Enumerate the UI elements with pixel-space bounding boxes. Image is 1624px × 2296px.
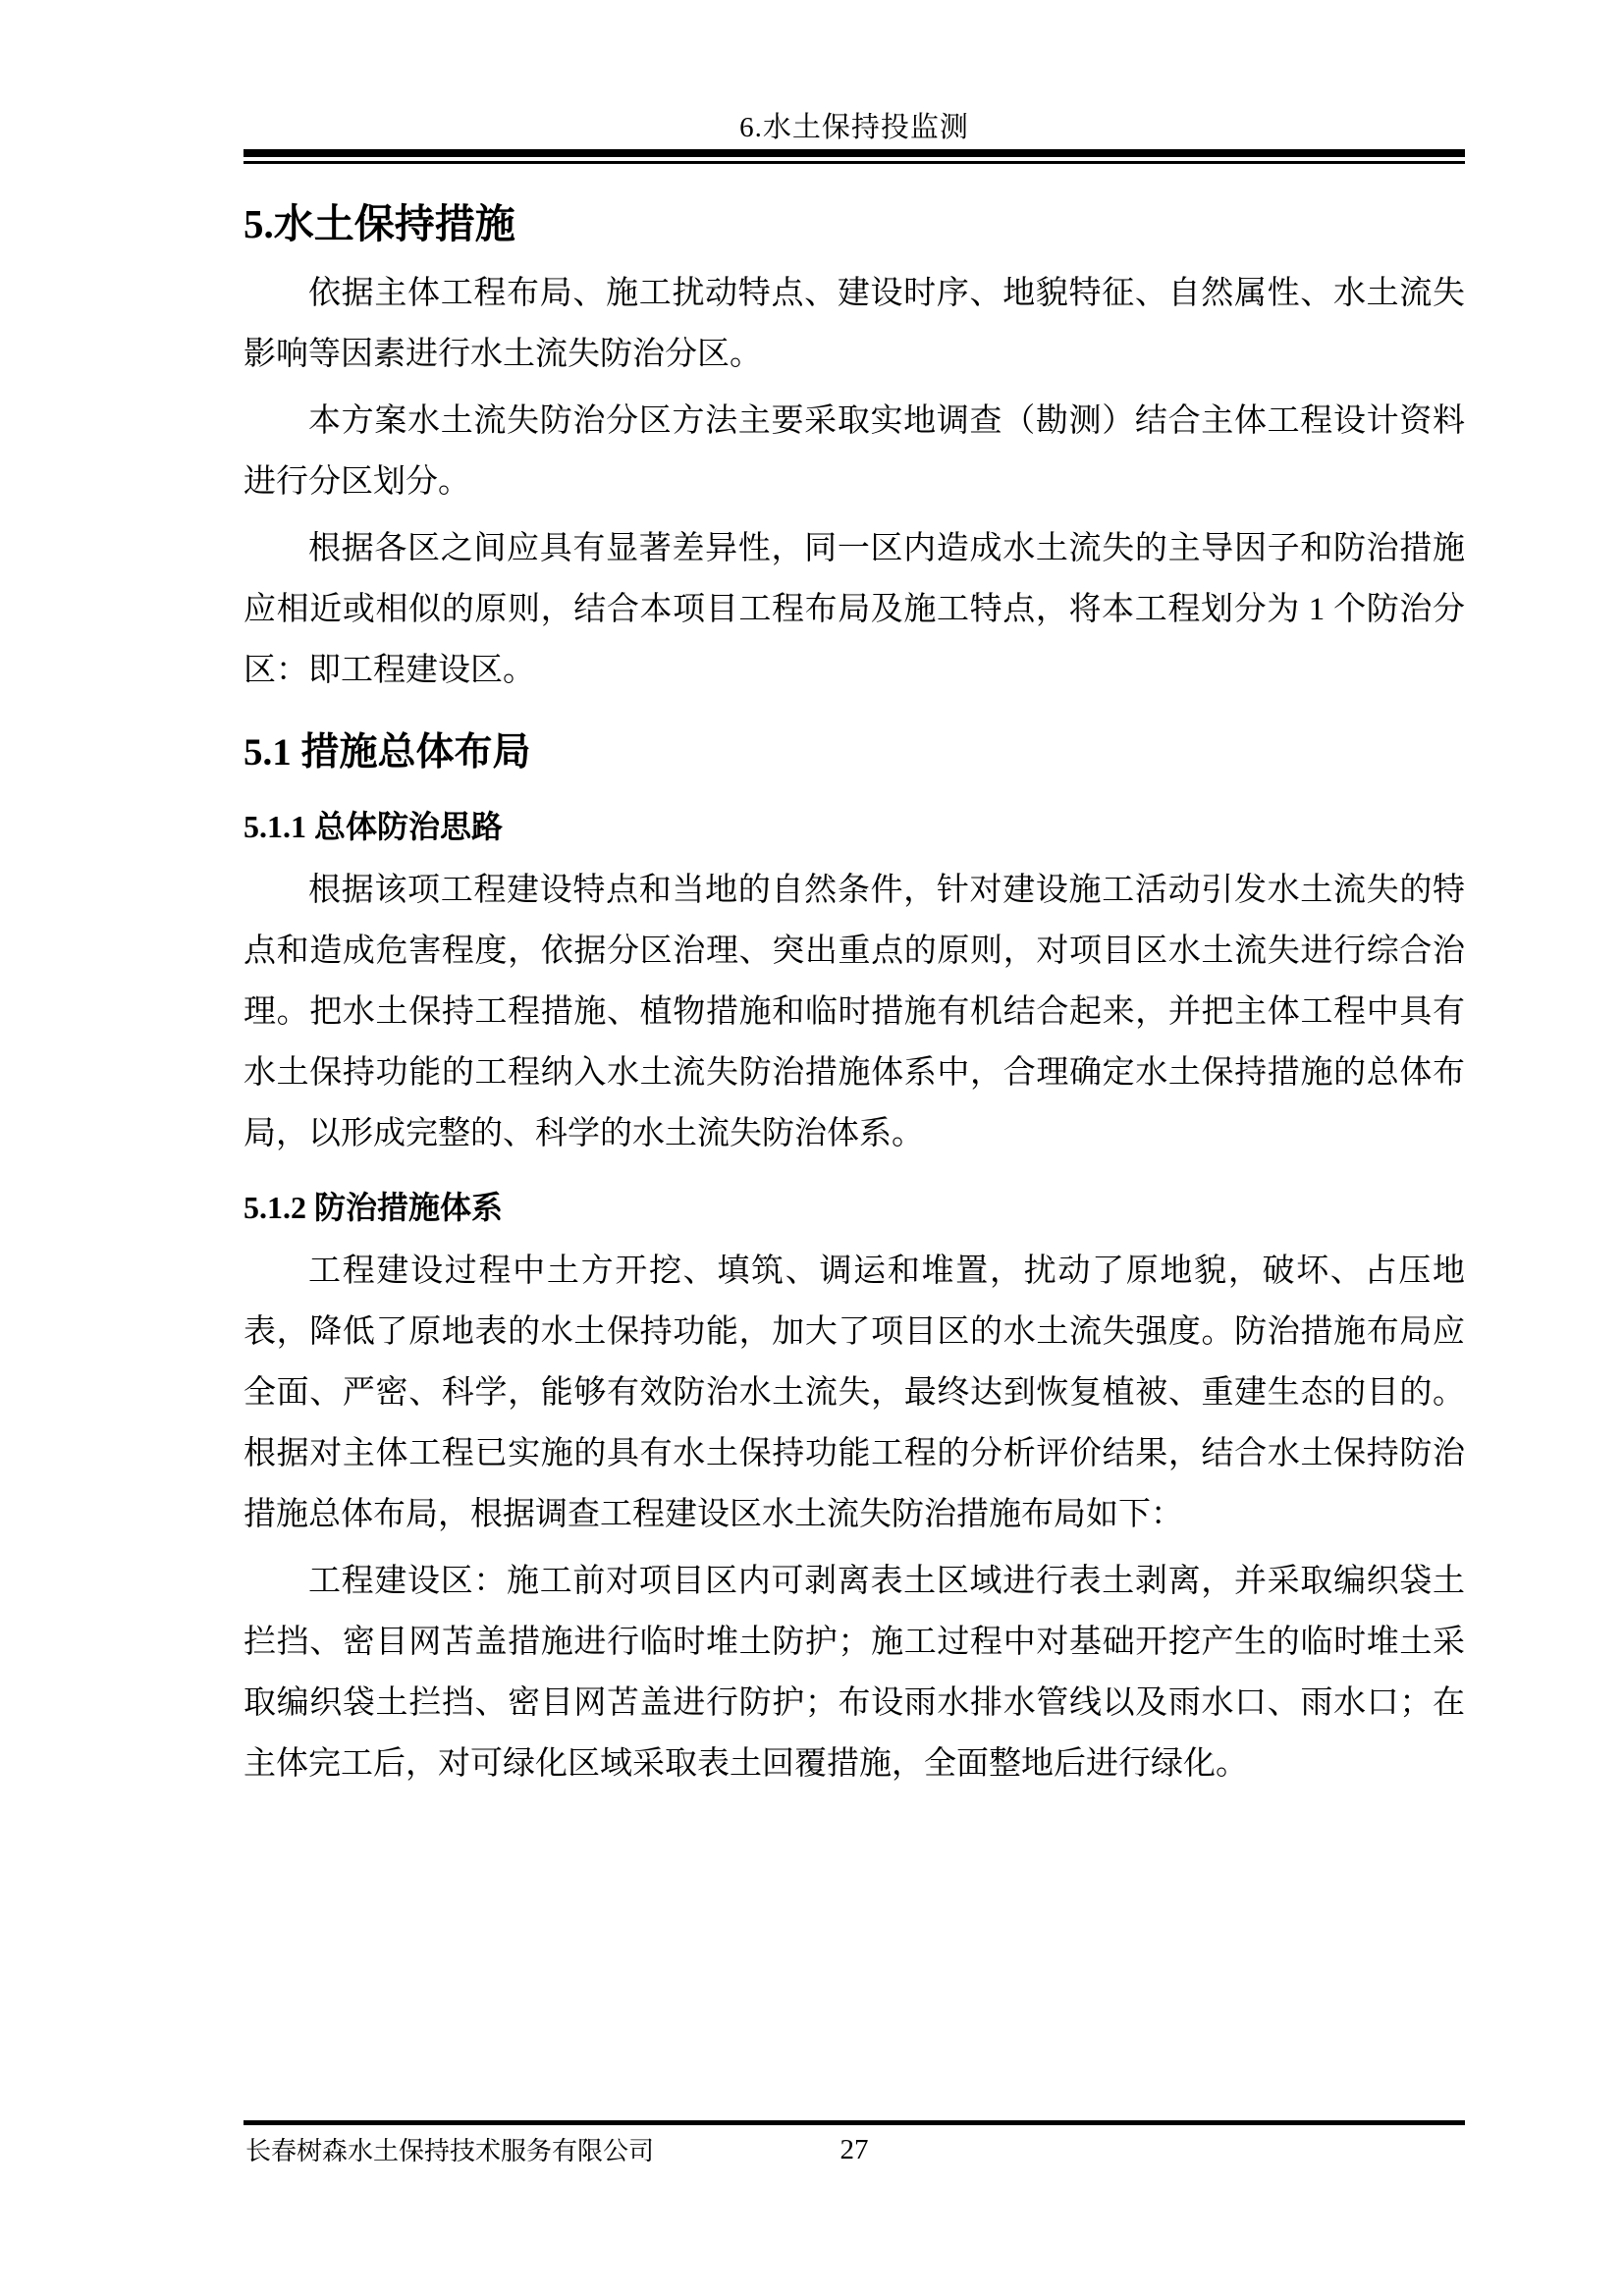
page-header-title: 6.水土保持投监测: [245, 108, 1463, 147]
intro-paragraph-1: 依据主体工程布局、施工扰动特点、建设时序、地貌特征、自然属性、水土流失影响等因素…: [244, 263, 1465, 385]
subsection-5-1-2-paragraph-2: 工程建设区：施工前对项目区内可剥离表土区域进行表土剥离，并采取编织袋土拦挡、密目…: [244, 1551, 1465, 1794]
subsection-5-1-1-heading: 5.1.1 总体防治思路: [244, 799, 1465, 854]
intro-paragraph-3: 根据各区之间应具有显著差异性，同一区内造成水土流失的主导因子和防治措施应相近或相…: [244, 518, 1465, 701]
intro-paragraph-2: 本方案水土流失防治分区方法主要采取实地调查（勘测）结合主体工程设计资料进行分区划…: [244, 391, 1465, 512]
footer-page-number: 27: [244, 2132, 1465, 2167]
subsection-5-1-1-paragraph-1: 根据该项工程建设特点和当地的自然条件，针对建设施工活动引发水土流失的特点和造成危…: [244, 860, 1465, 1164]
chapter-heading: 5.水土保持措施: [244, 194, 1465, 253]
document-body: 5.水土保持措施 依据主体工程布局、施工扰动特点、建设时序、地貌特征、自然属性、…: [244, 194, 1465, 1794]
header-rule-divider: [244, 149, 1465, 164]
document-page: 6.水土保持投监测 5.水土保持措施 依据主体工程布局、施工扰动特点、建设时序、…: [0, 0, 1624, 2296]
subsection-5-1-2-paragraph-1: 工程建设过程中土方开挖、填筑、调运和堆置，扰动了原地貌，破坏、占压地表，降低了原…: [244, 1241, 1465, 1545]
section-5-1-heading: 5.1 措施总体布局: [244, 722, 1465, 783]
subsection-5-1-2-heading: 5.1.2 防治措施体系: [244, 1180, 1465, 1235]
footer-rule-divider: [244, 2120, 1465, 2125]
